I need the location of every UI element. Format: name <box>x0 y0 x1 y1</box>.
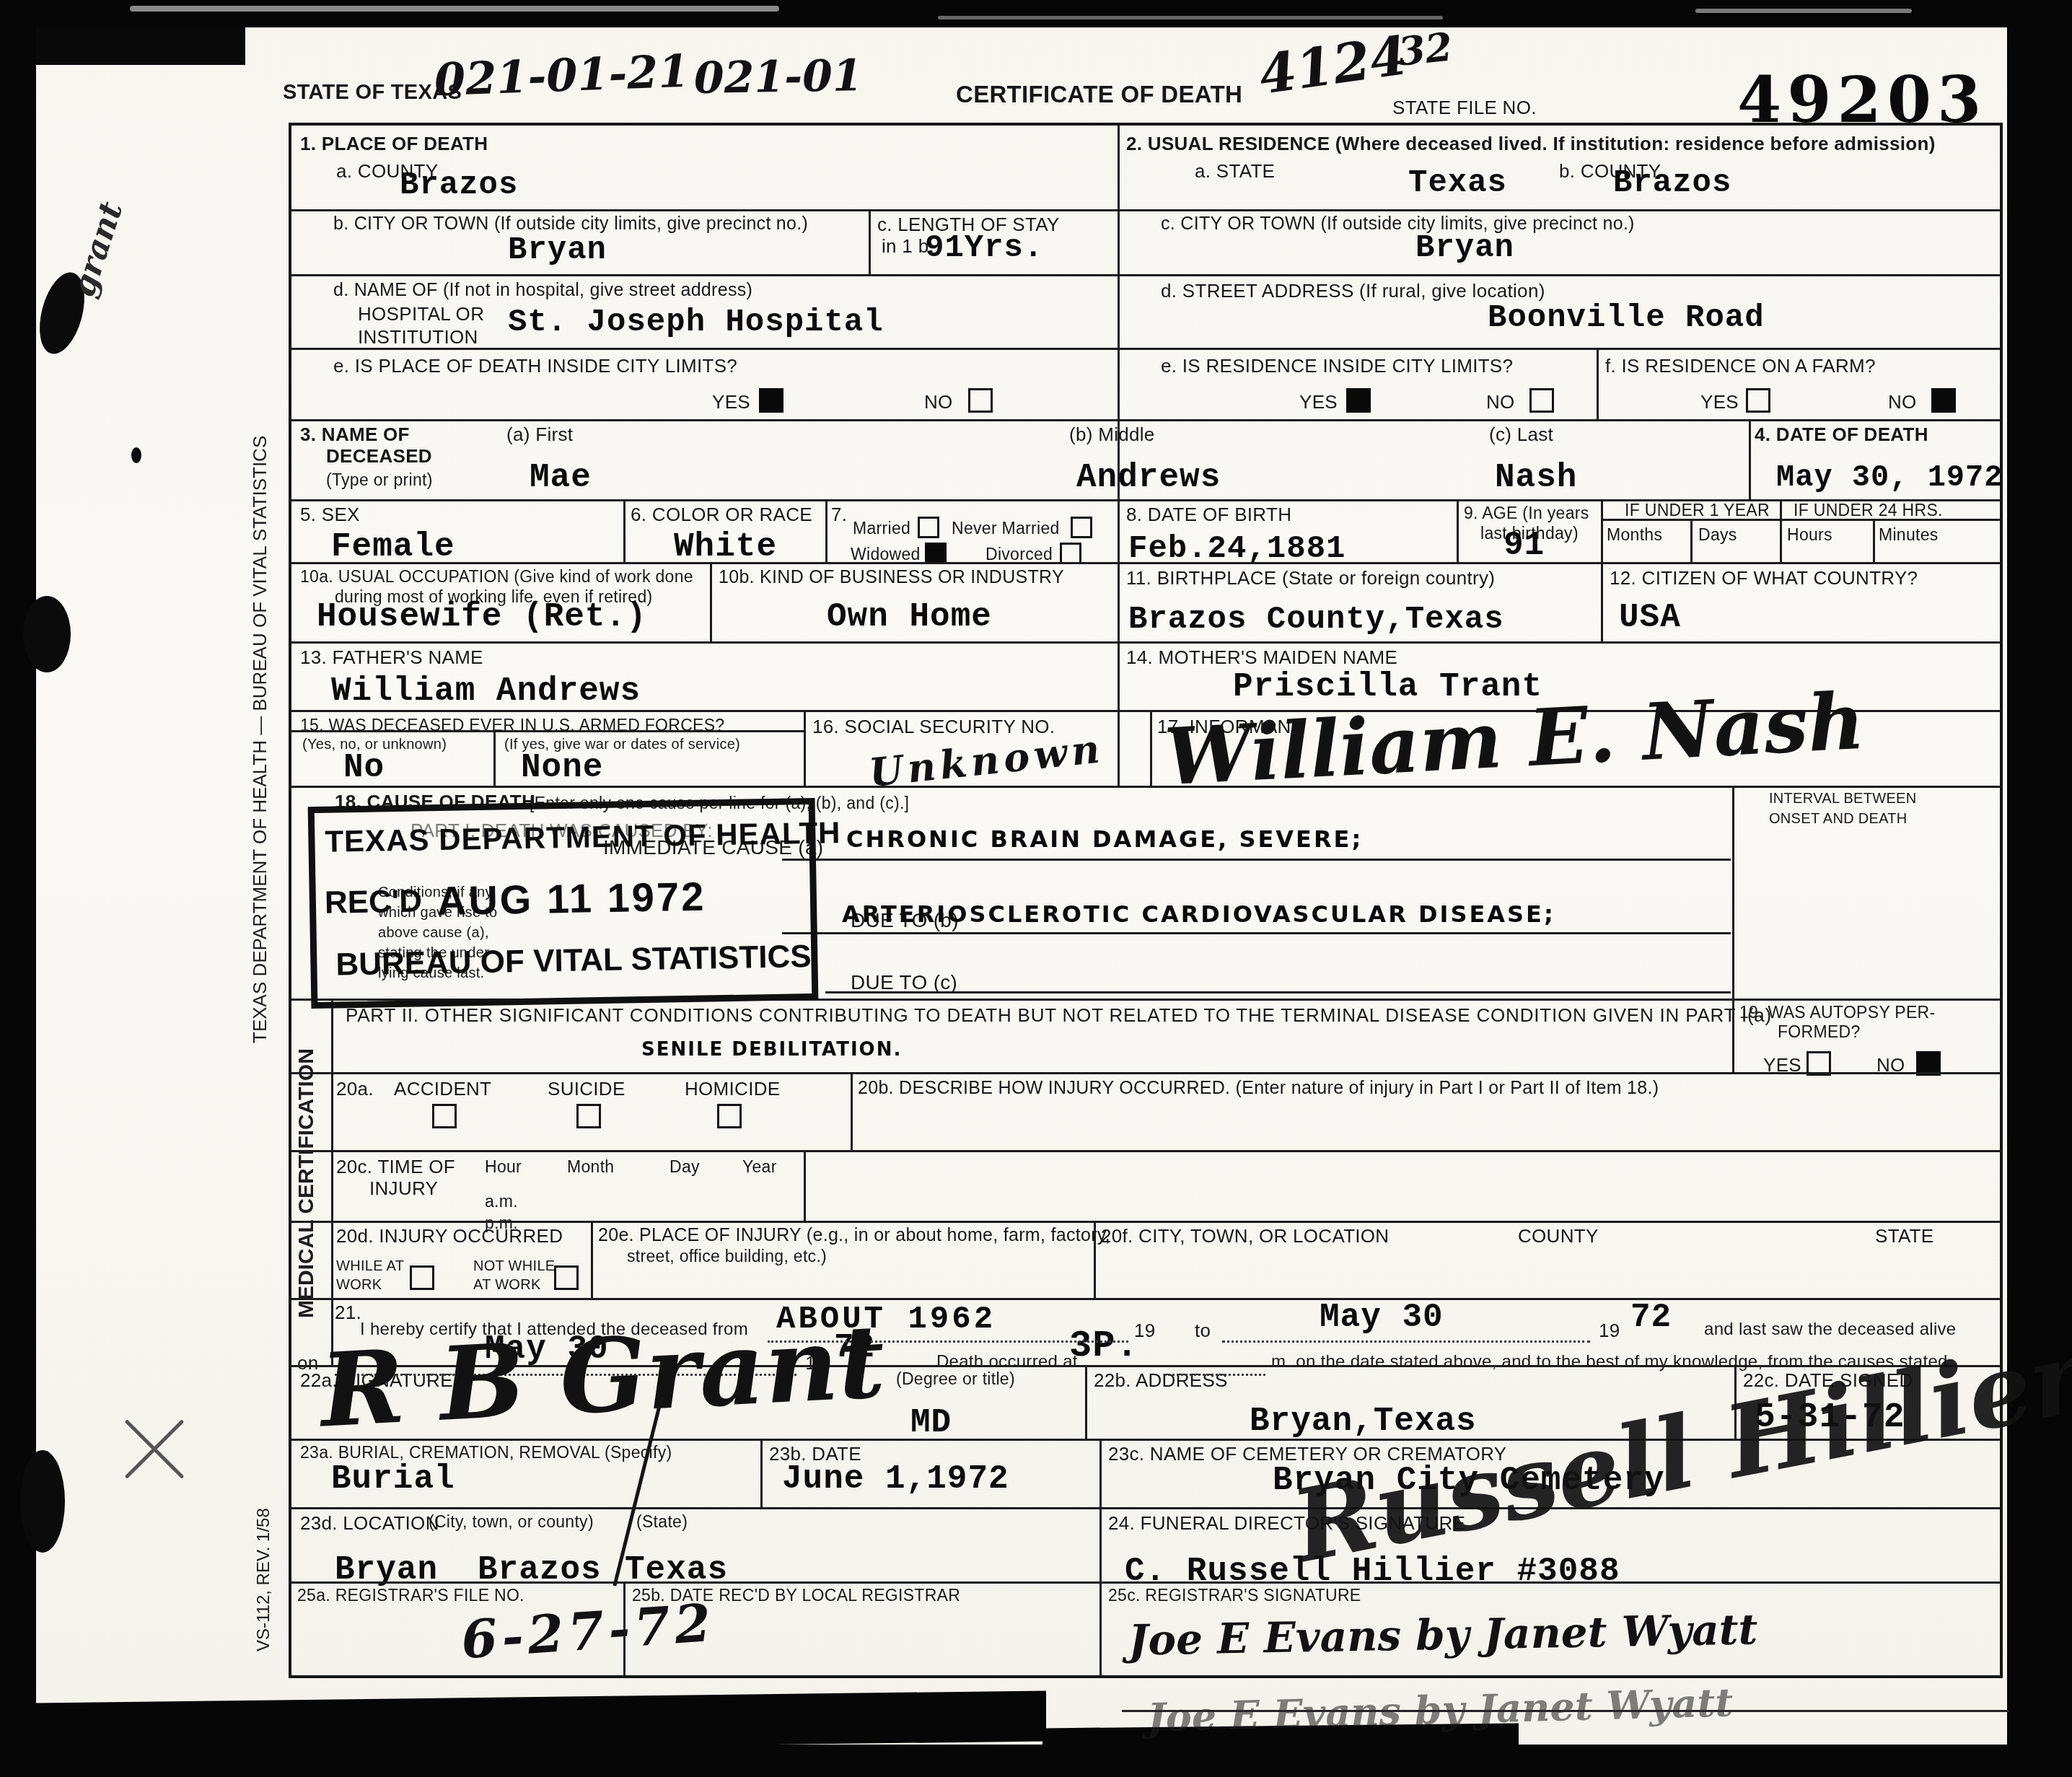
cause-a-value: CHRONIC BRAIN DAMAGE, SEVERE; <box>846 825 1363 853</box>
describe-injury-label: 20b. DESCRIBE HOW INJURY OCCURRED. (Ente… <box>858 1078 1659 1099</box>
divider <box>291 562 2000 564</box>
divider <box>710 562 712 641</box>
checkbox-while-at-work <box>410 1265 434 1290</box>
county-value: Brazos <box>400 167 518 203</box>
married-label: Married <box>853 519 910 538</box>
business-value: Own Home <box>827 598 992 636</box>
ink-blob <box>20 1450 65 1553</box>
form-code: VS-112, REV. 1/58 <box>254 1472 274 1688</box>
armed-forces-value: No <box>343 749 385 786</box>
divider <box>291 786 2000 788</box>
business-label: 10b. KIND OF BUSINESS OR INDUSTRY <box>719 567 1064 588</box>
registrar-signature-value: Joe E Evans by Janet Wyatt <box>1128 1605 1757 1664</box>
checkbox-not-while-at-work <box>554 1265 579 1290</box>
part2-value: SENILE DEBILITATION. <box>641 1039 902 1061</box>
citizen-value: USA <box>1619 599 1681 636</box>
time-of-injury-label: 20c. TIME OF <box>336 1156 455 1178</box>
certificate-title: CERTIFICATE OF DEATH <box>956 81 1242 108</box>
checkbox-never-married <box>1071 517 1092 538</box>
checkbox-residence-limits-no <box>1529 388 1554 413</box>
residence-city-limits-label: e. IS RESIDENCE INSIDE CITY LIMITS? <box>1161 355 1513 377</box>
suicide-label: SUICIDE <box>548 1078 625 1100</box>
divider <box>1690 519 1693 562</box>
divider <box>623 1581 625 1675</box>
death-time-value: 3P. <box>1069 1325 1139 1367</box>
divider <box>1732 786 1734 1072</box>
while-at-work-label: WHILE AT <box>336 1258 404 1275</box>
checkbox-suicide <box>576 1104 601 1128</box>
injury-city-label: 20f. CITY, TOWN, OR LOCATION <box>1101 1225 1389 1247</box>
received-stamp: TEXAS DEPARTMENT OF HEALTH REC'D AUG 11 … <box>308 798 819 1009</box>
residence-city-label: c. CITY OR TOWN (If outside city limits,… <box>1161 214 1635 234</box>
state-file-no-label: STATE FILE NO. <box>1392 97 1537 119</box>
divider <box>851 1072 853 1150</box>
homicide-label: HOMICIDE <box>685 1078 780 1100</box>
burial-date-value: June 1,1972 <box>782 1460 1009 1498</box>
if-under-1-year-label: IF UNDER 1 YEAR <box>1625 501 1770 520</box>
divider <box>591 1221 593 1298</box>
accident-row-label: 20a. <box>336 1078 374 1100</box>
time-of-injury-label-2: INJURY <box>369 1177 438 1200</box>
place-of-death-heading: 1. PLACE OF DEATH <box>300 133 488 155</box>
usual-residence-heading: 2. USUAL RESIDENCE (Where deceased lived… <box>1126 133 1936 155</box>
no-label: NO <box>924 391 953 413</box>
divider <box>291 1150 2000 1152</box>
residence-farm-label: f. IS RESIDENCE ON A FARM? <box>1605 355 1876 377</box>
pen-line <box>1122 1710 2009 1712</box>
never-married-label: Never Married <box>952 519 1060 538</box>
residence-city-value: Bryan <box>1415 230 1514 266</box>
divider <box>331 999 333 1365</box>
injury-county-label: COUNTY <box>1518 1225 1599 1247</box>
divider <box>1099 1581 1102 1675</box>
stamp-recd: REC'D <box>325 883 423 921</box>
divider <box>493 730 496 786</box>
divider <box>291 209 2000 211</box>
months-label: Months <box>1607 525 1662 545</box>
divider <box>1150 710 1152 786</box>
location-sublabel-1: (City, town, or county) <box>429 1512 594 1532</box>
ink-blob <box>23 596 71 672</box>
fathers-name-value: William Andrews <box>331 672 641 710</box>
not-while-at-work-label-2: AT WORK <box>473 1277 541 1294</box>
divider <box>1164 1374 1265 1376</box>
length-of-stay-value: 91Yrs. <box>925 230 1043 266</box>
divider <box>1780 499 1782 562</box>
divider <box>782 932 1731 934</box>
location-sublabel-2: (State) <box>636 1512 688 1532</box>
date-of-death-label: 4. DATE OF DEATH <box>1755 424 1928 446</box>
divider <box>291 499 2000 501</box>
residence-county-value: Brazos <box>1613 165 1731 201</box>
margin-agency-text: TEXAS DEPARTMENT OF HEALTH — BUREAU OF V… <box>249 281 271 1198</box>
city-or-town-value: Bryan <box>508 232 607 268</box>
checkbox-accident <box>432 1104 457 1128</box>
certificate-form: 1. PLACE OF DEATH a. COUNTY Brazos 2. US… <box>289 123 2003 1678</box>
am-label: a.m. <box>485 1192 518 1211</box>
scanned-death-certificate: grant TEXAS DEPARTMENT OF HEALTH — BUREA… <box>0 0 2072 1777</box>
divider <box>1118 126 1120 786</box>
registrar-file-label: 25a. REGISTRAR'S FILE NO. <box>297 1586 524 1605</box>
birthplace-value: Brazos County,Texas <box>1128 602 1504 638</box>
hospital-value: St. Joseph Hospital <box>508 304 884 341</box>
autopsy-label-1: 19. WAS AUTOPSY PER- <box>1739 1003 1935 1022</box>
if-under-24-hrs-label: IF UNDER 24 HRS. <box>1794 501 1943 520</box>
divider <box>782 859 1731 861</box>
divider <box>1601 499 1603 562</box>
age-value: 91 <box>1503 527 1545 564</box>
fathers-name-label: 13. FATHER'S NAME <box>300 646 483 669</box>
place-of-injury-label-2: street, office building, etc.) <box>627 1247 827 1266</box>
hospital-label: d. NAME OF (If not in hospital, give str… <box>333 280 752 301</box>
hospital-label-2: HOSPITAL OR <box>358 303 484 325</box>
yes-label: YES <box>712 391 750 413</box>
mothers-maiden-name-label: 14. MOTHER'S MAIDEN NAME <box>1126 646 1397 669</box>
year-19-label: 19 <box>1599 1320 1620 1342</box>
divider <box>760 1439 763 1507</box>
address-value: Bryan,Texas <box>1250 1403 1477 1440</box>
checkbox-widowed <box>925 543 947 564</box>
divider <box>291 641 2000 644</box>
minutes-label: Minutes <box>1879 525 1939 545</box>
checkbox-place-limits-yes <box>759 388 783 413</box>
scan-shadow <box>36 1690 1046 1753</box>
scan-smudge <box>36 27 245 65</box>
color-race-value: White <box>674 528 777 566</box>
interval-label-2: ONSET AND DEATH <box>1769 811 1908 828</box>
street-address-value: Boonville Road <box>1488 300 1765 336</box>
divider <box>1873 519 1875 562</box>
year-label: Year <box>742 1157 777 1177</box>
stamp-date: AUG 11 1972 <box>436 873 706 924</box>
divider <box>291 348 2000 350</box>
divider <box>291 1072 2000 1074</box>
marital-label: 7. <box>831 504 847 526</box>
registrar-signature-label: 25c. REGISTRAR'S SIGNATURE <box>1108 1586 1361 1605</box>
date-of-death-value: May 30, 1972 <box>1776 460 2003 495</box>
month-label: Month <box>567 1157 614 1177</box>
name-of-deceased-heading: 3. NAME OF <box>300 424 410 446</box>
divider <box>1597 348 1599 419</box>
divider <box>291 1581 2000 1584</box>
divider <box>1099 1439 1102 1581</box>
first-name-label: (a) First <box>506 424 573 446</box>
divider <box>1601 519 2000 521</box>
sex-label: 5. SEX <box>300 504 360 526</box>
ink-blob <box>131 447 141 463</box>
middle-name-value: Andrews <box>1076 459 1221 496</box>
place-city-limits-label: e. IS PLACE OF DEATH INSIDE CITY LIMITS? <box>333 355 737 377</box>
medical-certification-label: MEDICAL CERTIFICATION <box>294 1004 319 1362</box>
day-label: Day <box>670 1157 700 1177</box>
yes-label: YES <box>1299 391 1338 413</box>
divider <box>1222 1341 1590 1343</box>
while-at-work-label-2: WORK <box>336 1277 382 1294</box>
occupation-value: Housewife (Ret.) <box>317 598 647 636</box>
middle-name-label: (b) Middle <box>1069 424 1155 446</box>
no-label: NO <box>1486 391 1515 413</box>
handwritten-number: 4124 <box>1255 25 1411 107</box>
age-label: 9. AGE (In years <box>1464 504 1589 523</box>
divider <box>825 991 1731 993</box>
street-address-label: d. STREET ADDRESS (If rural, give locati… <box>1161 280 1545 302</box>
type-or-print-label: (Type or print) <box>326 470 433 490</box>
address-label: 22b. ADDRESS <box>1094 1369 1228 1392</box>
hours-label: Hours <box>1787 525 1832 545</box>
accident-label: ACCIDENT <box>394 1078 491 1100</box>
margin-handwriting: grant <box>65 198 130 302</box>
hospital-label-3: INSTITUTION <box>358 326 478 348</box>
city-or-town-label: b. CITY OR TOWN (If outside city limits,… <box>333 214 808 234</box>
last-name-value: Nash <box>1495 459 1577 496</box>
injury-occurred-label: 20d. INJURY OCCURRED <box>336 1225 563 1247</box>
checkbox-farm-yes <box>1746 388 1770 413</box>
cause-b-value: ARTERIOSCLEROTIC CARDIOVASCULAR DISEASE; <box>842 900 1555 928</box>
divider <box>1601 562 1603 641</box>
divider <box>1085 1365 1087 1439</box>
attended-to-value: May 30 <box>1320 1299 1444 1336</box>
birthplace-label: 11. BIRTHPLACE (State or foreign country… <box>1126 567 1495 589</box>
sex-value: Female <box>331 528 455 566</box>
handwritten-code-2: 021-01 <box>693 51 863 104</box>
first-name-value: Mae <box>530 459 592 496</box>
part2-label: PART II. OTHER SIGNIFICANT CONDITIONS CO… <box>346 1004 1772 1027</box>
divider <box>1457 499 1459 562</box>
scan-streak <box>1695 9 1912 13</box>
divider <box>869 209 871 274</box>
war-service-value: None <box>521 749 603 786</box>
certify-item-number: 21. <box>335 1302 361 1324</box>
degree-or-title-label: (Degree or title) <box>896 1369 1015 1389</box>
residence-state-label: a. STATE <box>1195 160 1275 183</box>
divider <box>291 1221 2000 1223</box>
place-of-injury-label: 20e. PLACE OF INJURY (e.g., in or about … <box>598 1225 1110 1246</box>
checkbox-divorced <box>1060 543 1081 564</box>
divider <box>291 730 804 732</box>
handwritten-code: 021-01-21 <box>434 45 690 106</box>
handwritten-number-2: 32 <box>1396 23 1454 75</box>
citizen-label: 12. CITIZEN OF WHAT COUNTRY? <box>1610 567 1918 589</box>
degree-value: MD <box>910 1404 952 1442</box>
divider <box>804 710 806 786</box>
widowed-label: Widowed <box>851 545 921 564</box>
checkbox-homicide <box>717 1104 742 1128</box>
certify-text-2: and last saw the deceased alive <box>1704 1320 1957 1340</box>
stamp-bureau: BUREAU OF VITAL STATISTICS <box>335 939 812 983</box>
checkbox-married <box>918 517 939 538</box>
location-label: 23d. LOCATION <box>300 1512 439 1535</box>
divider <box>291 419 2000 421</box>
checkbox-place-limits-no <box>968 388 993 413</box>
scan-streak <box>938 16 1443 19</box>
divider <box>1749 419 1751 499</box>
divorced-label: Divorced <box>985 545 1053 564</box>
burial-value: Burial <box>331 1460 455 1498</box>
checkbox-residence-limits-yes <box>1346 388 1371 413</box>
yes-label: YES <box>1700 391 1739 413</box>
hour-label: Hour <box>485 1157 522 1177</box>
color-race-label: 6. COLOR OR RACE <box>631 504 812 526</box>
divider <box>804 1150 806 1221</box>
attended-to-year: 72 <box>1630 1299 1672 1336</box>
divider <box>825 499 828 562</box>
occupation-label: 10a. USUAL OCCUPATION (Give kind of work… <box>300 567 693 587</box>
divider <box>291 274 2000 276</box>
days-label: Days <box>1698 525 1737 545</box>
autopsy-label-2: FORMED? <box>1778 1022 1861 1042</box>
residence-state-value: Texas <box>1408 165 1507 201</box>
last-name-label: (c) Last <box>1489 424 1553 446</box>
to-label: to <box>1195 1320 1211 1342</box>
divider <box>291 1507 2000 1509</box>
scan-streak <box>130 6 779 12</box>
divider <box>1094 1221 1096 1298</box>
no-label: NO <box>1888 391 1917 413</box>
name-of-deceased-heading-2: DECEASED <box>326 445 432 468</box>
stamp-agency: TEXAS DEPARTMENT OF HEALTH <box>325 815 841 859</box>
date-of-birth-label: 8. DATE OF BIRTH <box>1126 504 1291 526</box>
interval-label-1: INTERVAL BETWEEN <box>1769 791 1916 807</box>
divider <box>291 1298 2000 1300</box>
injury-state-label: STATE <box>1875 1225 1933 1247</box>
divider <box>623 499 625 562</box>
not-while-at-work-label: NOT WHILE <box>473 1258 555 1275</box>
checkbox-farm-no <box>1931 388 1956 413</box>
